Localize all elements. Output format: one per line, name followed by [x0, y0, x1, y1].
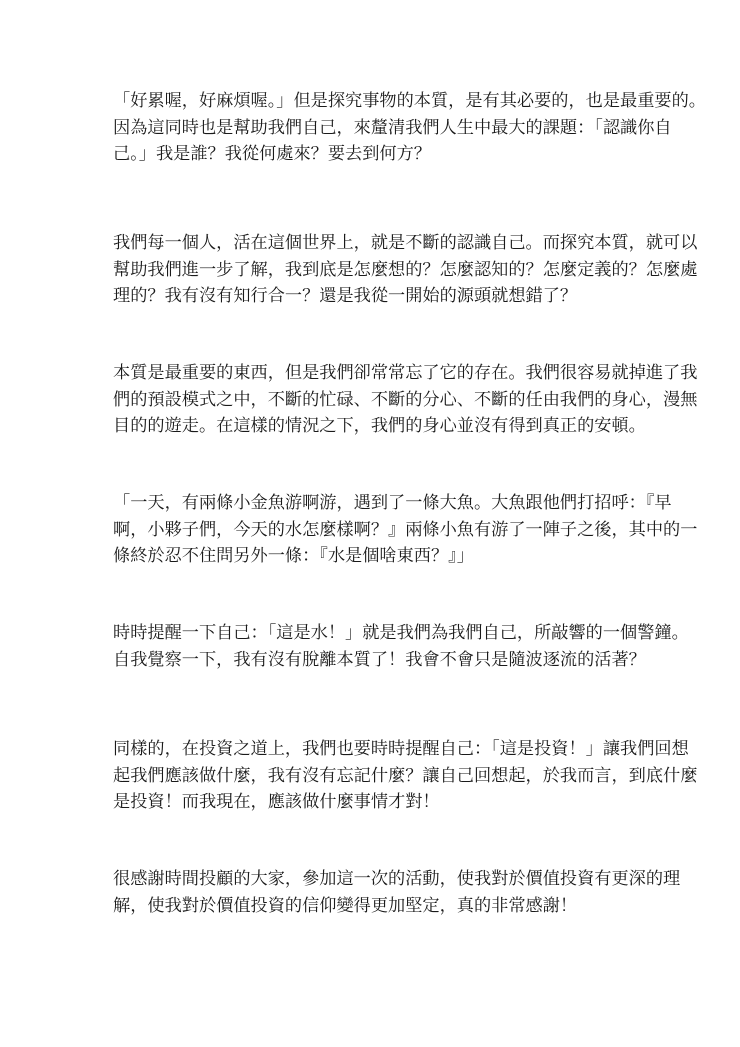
text-line: 是投資！而我現在，應該做什麼事情才對！ — [113, 789, 673, 816]
text-line: 目的的遊走。在這樣的情況之下，我們的身心並沒有得到真正的安頓。 — [113, 413, 673, 440]
paragraph-self-knowledge: 「好累喔，好麻煩喔。」但是探究事物的本質，是有其必要的，也是最重要的。 因為這同… — [113, 88, 673, 168]
paragraph-thanks: 很感謝時間投顧的大家，參加這一次的活動，使我對於價值投資有更深的理 解，使我對於… — [113, 866, 673, 919]
text-line: 幫助我們進一步了解，我到底是怎麼想的？怎麼認知的？怎麼定義的？怎麼處 — [113, 257, 673, 284]
text-line: 「好累喔，好麻煩喔。」但是探究事物的本質，是有其必要的，也是最重要的。 — [113, 88, 673, 115]
text-line: 本質是最重要的東西，但是我們卻常常忘了它的存在。我們很容易就掉進了我 — [113, 360, 673, 387]
text-line: 起我們應該做什麼，我有沒有忘記什麼？讓自己回想起，於我而言，到底什麼 — [113, 763, 673, 790]
text-line: 因為這同時也是幫助我們自己，來釐清我們人生中最大的課題：「認識你自 — [113, 115, 673, 142]
text-line: 時時提醒一下自己：「這是水！」就是我們為我們自己，所敲響的一個警鐘。 — [113, 620, 673, 647]
text-line: 很感謝時間投顧的大家，參加這一次的活動，使我對於價值投資有更深的理 — [113, 866, 673, 893]
paragraph-this-is-water: 時時提醒一下自己：「這是水！」就是我們為我們自己，所敲響的一個警鐘。 自我覺察一… — [113, 620, 673, 673]
text-line: 我們每一個人，活在這個世界上，就是不斷的認識自己。而探究本質，就可以 — [113, 230, 673, 257]
text-line: 理的？我有沒有知行合一？還是我從一開始的源頭就想錯了？ — [113, 283, 673, 310]
text-line: 己。」我是誰？我從何處來？要去到何方？ — [113, 141, 673, 168]
text-line: 解，使我對於價值投資的信仰變得更加堅定，真的非常感謝！ — [113, 893, 673, 920]
text-line: 們的預設模式之中，不斷的忙碌、不斷的分心、不斷的任由我們的身心，漫無 — [113, 387, 673, 414]
paragraph-knowing-oneself: 我們每一個人，活在這個世界上，就是不斷的認識自己。而探究本質，就可以 幫助我們進… — [113, 230, 673, 310]
paragraph-investing: 同樣的，在投資之道上，我們也要時時提醒自己：「這是投資！」讓我們回想 起我們應該… — [113, 736, 673, 816]
text-line: 自我覺察一下，我有沒有脫離本質了！我會不會只是隨波逐流的活著？ — [113, 647, 673, 674]
text-line: 條終於忍不住問另外一條：『水是個啥東西？』」 — [113, 543, 673, 570]
text-line: 啊，小夥子們，今天的水怎麼樣啊？』兩條小魚有游了一陣子之後，其中的一 — [113, 517, 673, 544]
text-line: 「一天，有兩條小金魚游啊游，遇到了一條大魚。大魚跟他們打招呼：『早 — [113, 490, 673, 517]
text-line: 同樣的，在投資之道上，我們也要時時提醒自己：「這是投資！」讓我們回想 — [113, 736, 673, 763]
paragraph-fish-story: 「一天，有兩條小金魚游啊游，遇到了一條大魚。大魚跟他們打招呼：『早 啊，小夥子們… — [113, 490, 673, 570]
paragraph-essence: 本質是最重要的東西，但是我們卻常常忘了它的存在。我們很容易就掉進了我 們的預設模… — [113, 360, 673, 440]
